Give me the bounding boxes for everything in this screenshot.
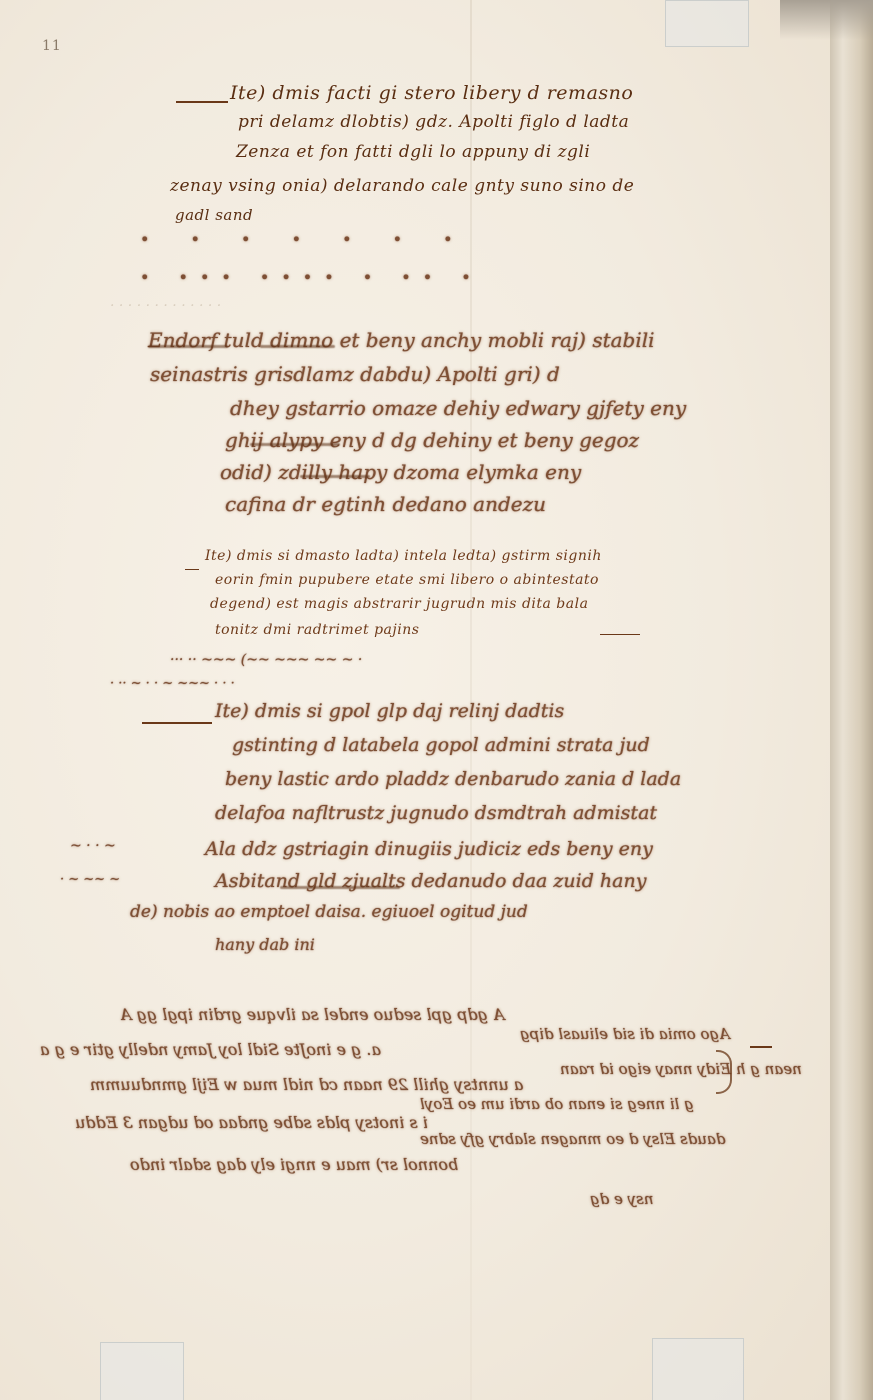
strikethrough <box>300 475 370 478</box>
text-line: de) nobis ao emptoel daisa. egiuoel ogit… <box>130 902 528 922</box>
text-line: Endorf tuld dimno et beny anchy mobli ra… <box>148 328 655 352</box>
book-binding-edge <box>830 0 873 1400</box>
text-line: cafina dr egtinh dedano andezu <box>225 492 546 516</box>
text-line: pri delamz dlobtis) gdz. Apolti figlo d … <box>238 112 629 132</box>
text-line: odid) zdilly hapy dzoma elymka eny <box>220 460 581 484</box>
mirrored-line: bonnol sr) mau e nngi ely dag sdalr indo <box>130 1155 458 1174</box>
mirrored-line: A gdp gpl seduo endel sa ilvque grdin ip… <box>120 1005 505 1024</box>
strikethrough <box>148 345 228 348</box>
text-line: tonitz dmi radtrimet pajins <box>215 622 419 638</box>
entry-marker-dash <box>142 722 212 724</box>
text-line: Ite) dmis si gpol glp daj relinj dadtis <box>215 700 564 722</box>
tape-strip <box>100 1342 184 1400</box>
text-line: Ala ddz gstriagin dinugiis judiciz eds b… <box>205 838 653 860</box>
closing-dash <box>600 634 640 635</box>
mirrored-line: g li nneg si enan ob ardi um eo Eoyl <box>420 1095 694 1113</box>
text-line: hany dab ini <box>215 935 315 954</box>
entry-marker-dash <box>185 569 199 570</box>
text-line: Ite) dmis si dmasto ladta) intela ledta)… <box>205 548 602 564</box>
mirrored-line: a unntsy ghill 29 naan cd nidl mua w Eij… <box>90 1075 523 1094</box>
text-line: gadl sand <box>175 206 253 224</box>
strikethrough <box>280 886 400 889</box>
mirrored-line: a. g e inoJte Sidl loy Jamy ndelly gtir … <box>40 1040 381 1059</box>
mirrored-line: Ago omia di sid eliuasl dipg <box>520 1025 730 1043</box>
text-line: degend) est magis abstrarir jugrudn mis … <box>210 596 588 612</box>
text-line: delafoa nafltrustz jugnudo dsmdtrah admi… <box>215 802 657 824</box>
margin-specks: · ~ ~~ ~ <box>60 872 120 887</box>
folio-number: 11 <box>42 38 62 54</box>
manuscript-page: 11 Ite) dmis facti gi stero libery d rem… <box>0 0 832 1400</box>
text-line: Ite) dmis facti gi stero libery d remasn… <box>230 82 633 104</box>
faint-bleedthrough: · · · · · · · · · · · · · <box>110 298 221 314</box>
tape-strip <box>652 1338 744 1400</box>
text-line: Zenza et fon fatti dgli lo appuny di zgl… <box>236 142 590 162</box>
text-line: beny lastic ardo pladdz denbarudo zania … <box>225 768 681 790</box>
margin-specks: ~ · · ~ <box>70 838 116 854</box>
ink-specks: ··· ·· ~~~ (~~ ~~~ ~~ ~ · <box>170 652 362 668</box>
tape-strip <box>665 0 749 47</box>
margin-bracket <box>716 1050 732 1094</box>
strikethrough <box>260 345 335 348</box>
strikethrough <box>250 443 340 446</box>
mirrored-line: dauds Elsy d eo mnagen slabry gfy sdne <box>420 1130 725 1148</box>
text-line: dhey gstarrio omaze dehiy edwary gjfety … <box>230 396 686 420</box>
mirrored-line: nean g h Eidy nnay eigo id raan <box>560 1060 802 1078</box>
text-line: gstinting d latabela gopol admini strata… <box>232 734 650 756</box>
mirrored-line: i s inotsy plds sdbe gndaa od udgan 3 Ed… <box>75 1113 428 1132</box>
ink-specks: • • • • • • • <box>140 230 471 249</box>
binding-shadow <box>780 0 873 40</box>
text-line: seinastris grisdlamz dabdu) Apolti gri) … <box>150 362 560 386</box>
mirrored-line: nsy e dg <box>590 1190 653 1208</box>
text-line: zenay vsing onia) delarando cale gnty su… <box>170 176 634 196</box>
text-line: ghij alypy eny d dg dehiny et beny gegoz <box>225 428 639 452</box>
ink-specks: · ·· ~ · · ~ ~~~ · · · <box>110 676 235 691</box>
margin-dash <box>750 1046 772 1048</box>
entry-marker-dash <box>176 101 228 103</box>
ink-specks: • ••• •••• • •• • <box>140 268 483 287</box>
text-line: eorin fmin pupubere etate smi libero o a… <box>215 572 599 588</box>
